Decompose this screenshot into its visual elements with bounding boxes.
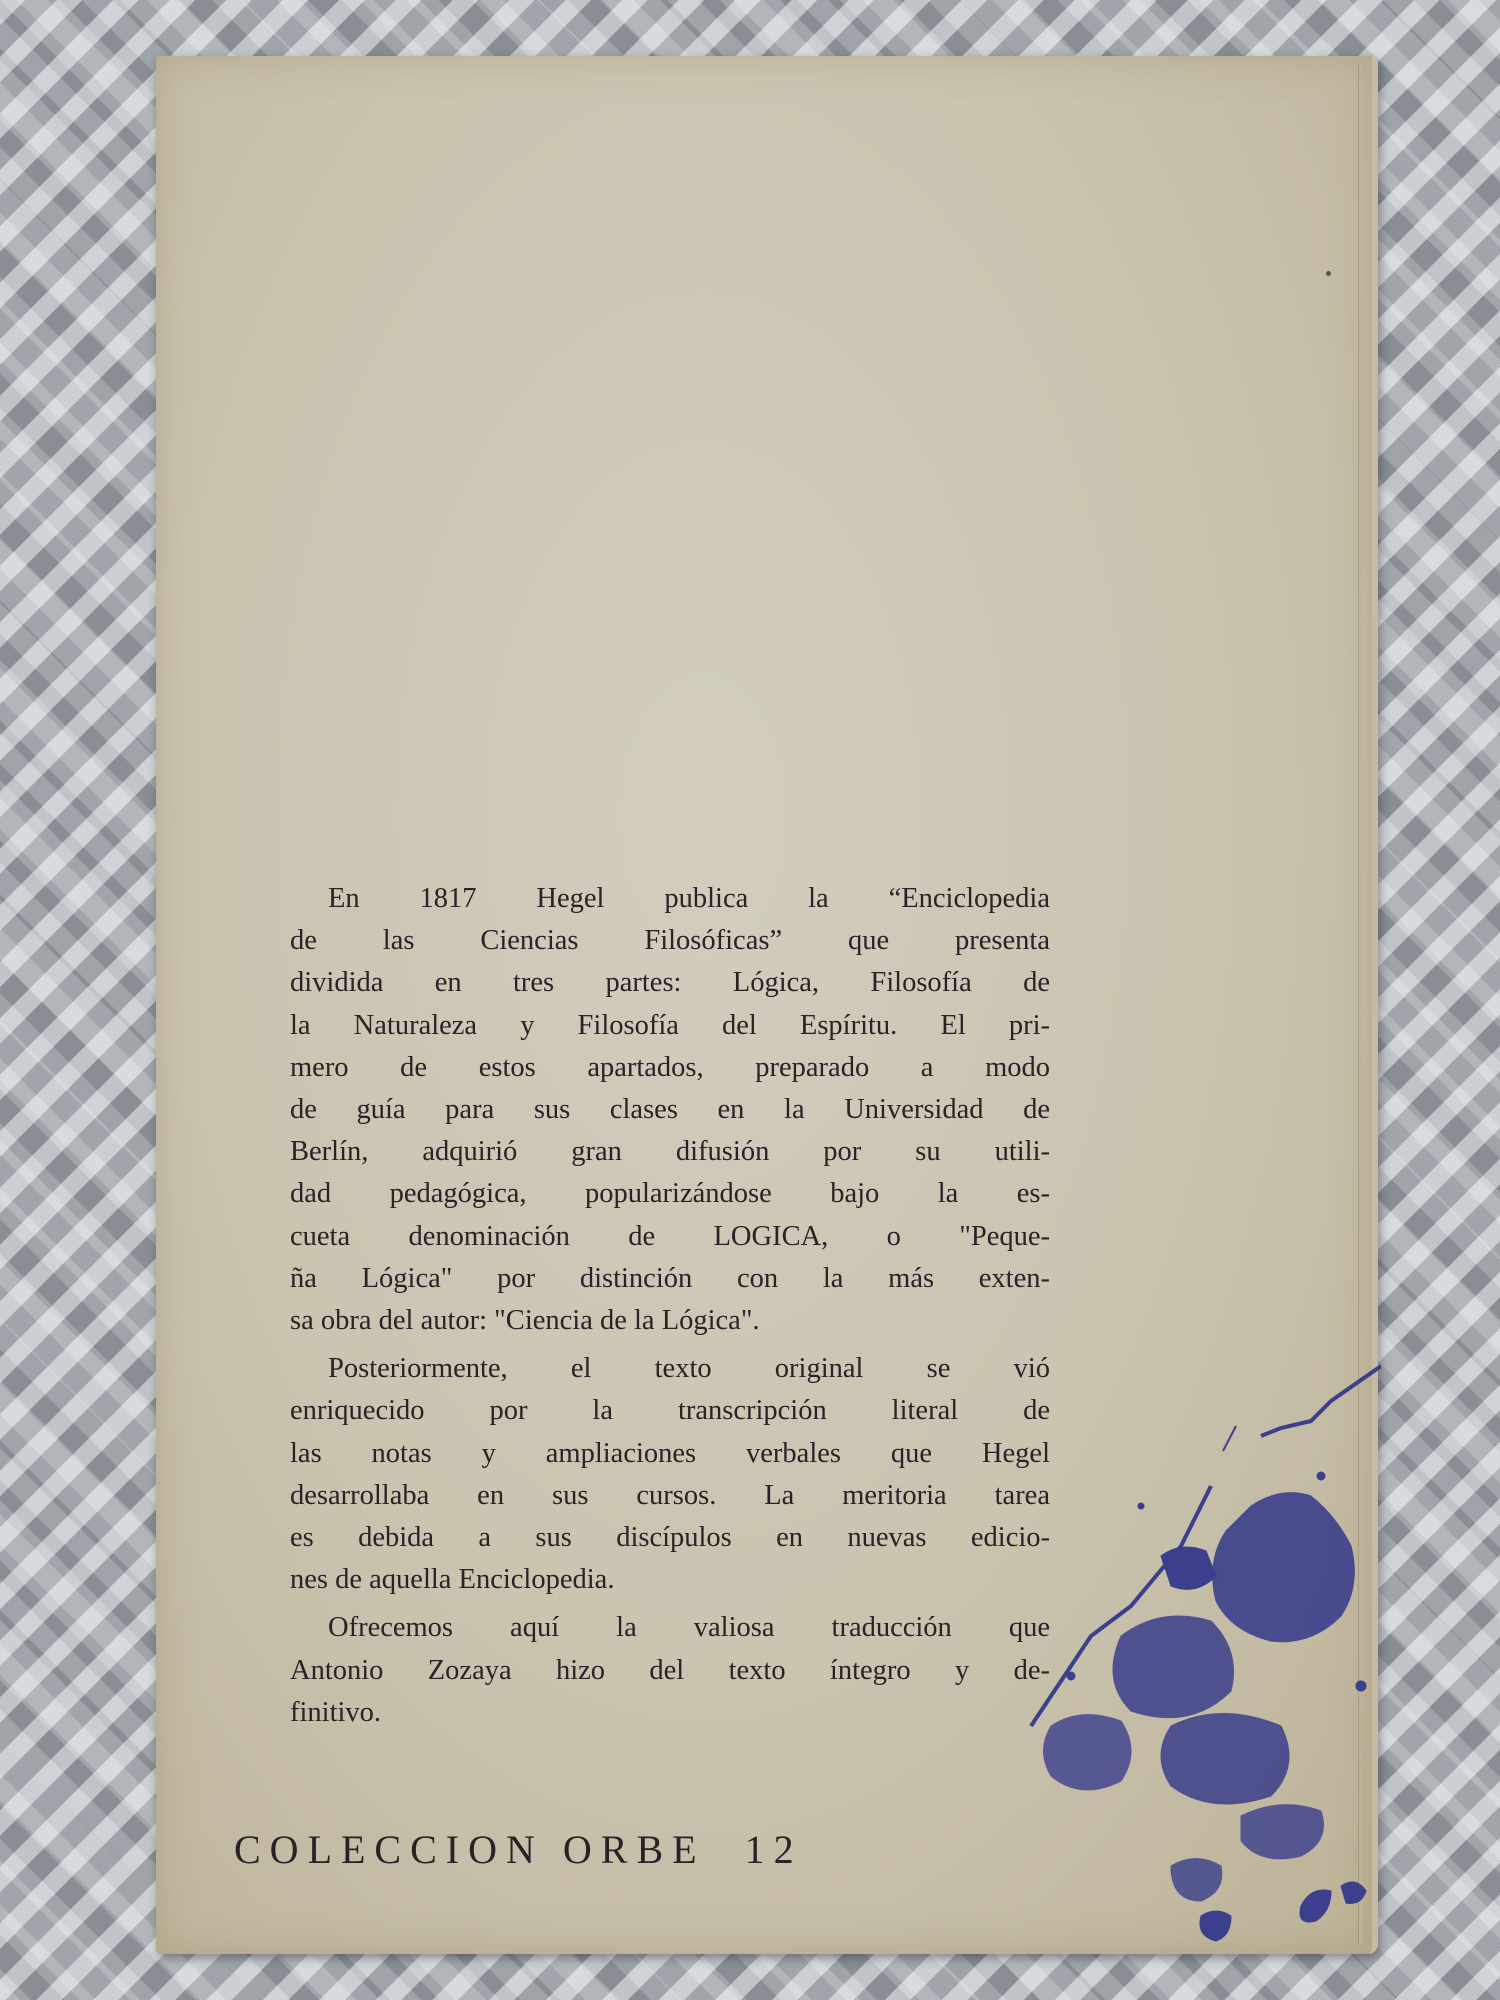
text-line: dad pedagógica, popularizándose bajo la … bbox=[290, 1173, 1050, 1215]
text-line: las notas y ampliaciones verbales que He… bbox=[290, 1433, 1050, 1475]
text-line: Posteriormente, el texto original se vió bbox=[290, 1348, 1050, 1390]
text-line: cueta denominación de LOGICA, o "Peque- bbox=[290, 1216, 1050, 1258]
text-line: sa obra del autor: "Ciencia de la Lógica… bbox=[290, 1300, 1050, 1342]
blue-ink-artwork bbox=[1011, 1306, 1381, 1946]
text-line: mero de estos apartados, preparado a mod… bbox=[290, 1047, 1050, 1089]
blurb-paragraph-2: Posteriormente, el texto original se vió… bbox=[290, 1348, 1050, 1601]
text-line: la Naturaleza y Filosofía del Espíritu. … bbox=[290, 1005, 1050, 1047]
text-line: En 1817 Hegel publica la “Enciclopedia bbox=[290, 878, 1050, 920]
text-line: nes de aquella Enciclopedia. bbox=[290, 1559, 1050, 1601]
text-line: Berlín, adquirió gran difusión por su ut… bbox=[290, 1131, 1050, 1173]
series-name: COLECCION ORBE bbox=[234, 1827, 706, 1872]
text-line: Antonio Zozaya hizo del texto íntegro y … bbox=[290, 1650, 1050, 1692]
text-line: de guía para sus clases en la Universida… bbox=[290, 1089, 1050, 1131]
text-line: es debida a sus discípulos en nuevas edi… bbox=[290, 1517, 1050, 1559]
series-colophon: COLECCION ORBE 12 bbox=[234, 1826, 1054, 1873]
text-line: desarrollaba en sus cursos. La meritoria… bbox=[290, 1475, 1050, 1517]
series-number: 12 bbox=[745, 1827, 803, 1872]
text-line: finitivo. bbox=[290, 1692, 1050, 1734]
text-line: ña Lógica" por distinción con la más ext… bbox=[290, 1258, 1050, 1300]
blurb-text: En 1817 Hegel publica la “Enciclopedia d… bbox=[290, 878, 1050, 1734]
paper-speck bbox=[1326, 271, 1331, 276]
book-back-cover: En 1817 Hegel publica la “Enciclopedia d… bbox=[156, 56, 1378, 1954]
text-line: de las Ciencias Filosóficas” que present… bbox=[290, 920, 1050, 962]
blurb-paragraph-3: Ofrecemos aquí la valiosa traducción que… bbox=[290, 1607, 1050, 1734]
blurb-paragraph-1: En 1817 Hegel publica la “Enciclopedia d… bbox=[290, 878, 1050, 1342]
text-line: Ofrecemos aquí la valiosa traducción que bbox=[290, 1607, 1050, 1649]
text-line: dividida en tres partes: Lógica, Filosof… bbox=[290, 962, 1050, 1004]
text-line: enriquecido por la transcripción literal… bbox=[290, 1390, 1050, 1432]
